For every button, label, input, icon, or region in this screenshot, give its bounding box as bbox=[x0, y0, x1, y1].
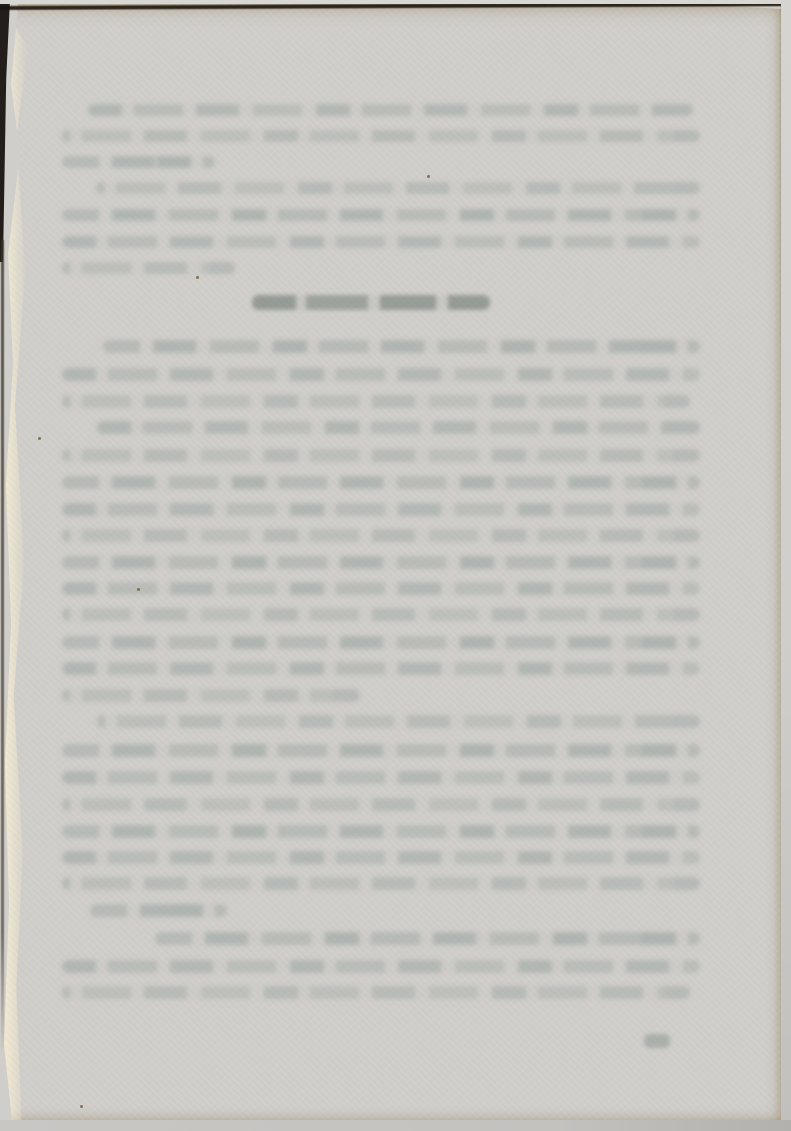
paper-speck bbox=[427, 175, 430, 178]
faded-text-line bbox=[62, 476, 700, 489]
scanner-margin-top bbox=[0, 0, 791, 4]
paper-speck bbox=[196, 276, 199, 279]
faded-text-line bbox=[103, 340, 700, 353]
faded-text-line bbox=[62, 582, 700, 595]
faded-text-line bbox=[88, 104, 693, 116]
faded-text-line bbox=[62, 771, 700, 784]
paper-speck bbox=[38, 437, 41, 440]
faded-text-block bbox=[0, 0, 791, 1131]
faded-text-line bbox=[62, 689, 360, 702]
faded-text-line bbox=[62, 662, 700, 675]
faded-text-line bbox=[62, 851, 700, 864]
faded-text-line bbox=[62, 960, 700, 973]
faded-text-line bbox=[62, 529, 700, 542]
paper-speck bbox=[80, 1105, 83, 1108]
scanner-margin-right bbox=[781, 0, 791, 1131]
faded-text-line bbox=[90, 904, 227, 917]
faded-heading bbox=[252, 295, 490, 310]
faded-text-line bbox=[62, 877, 700, 890]
faded-text-line bbox=[62, 825, 700, 838]
scan-edge-line-left bbox=[1, 240, 4, 1055]
faded-text-line bbox=[62, 986, 690, 999]
faded-text-line bbox=[62, 798, 700, 811]
page-number-smudge bbox=[644, 1034, 670, 1048]
faded-text-line bbox=[97, 715, 700, 728]
faded-text-line bbox=[62, 130, 700, 142]
faded-text-line bbox=[97, 421, 700, 434]
faded-text-line bbox=[62, 636, 700, 649]
faded-text-line bbox=[96, 182, 700, 194]
faded-text-line bbox=[62, 368, 700, 381]
paper-speck bbox=[137, 588, 140, 591]
faded-text-line bbox=[155, 932, 700, 945]
faded-text-line bbox=[62, 262, 235, 274]
faded-text-line bbox=[62, 395, 690, 408]
faded-text-line bbox=[62, 608, 700, 621]
faded-text-line bbox=[62, 744, 700, 757]
faded-text-line bbox=[62, 156, 215, 168]
faded-text-line bbox=[62, 503, 700, 516]
faded-text-line bbox=[62, 209, 700, 221]
scan-background bbox=[0, 0, 791, 1131]
faded-text-line bbox=[62, 449, 700, 462]
faded-text-line bbox=[62, 556, 700, 569]
faded-text-line bbox=[62, 236, 700, 248]
scanner-margin-bottom bbox=[0, 1120, 791, 1131]
